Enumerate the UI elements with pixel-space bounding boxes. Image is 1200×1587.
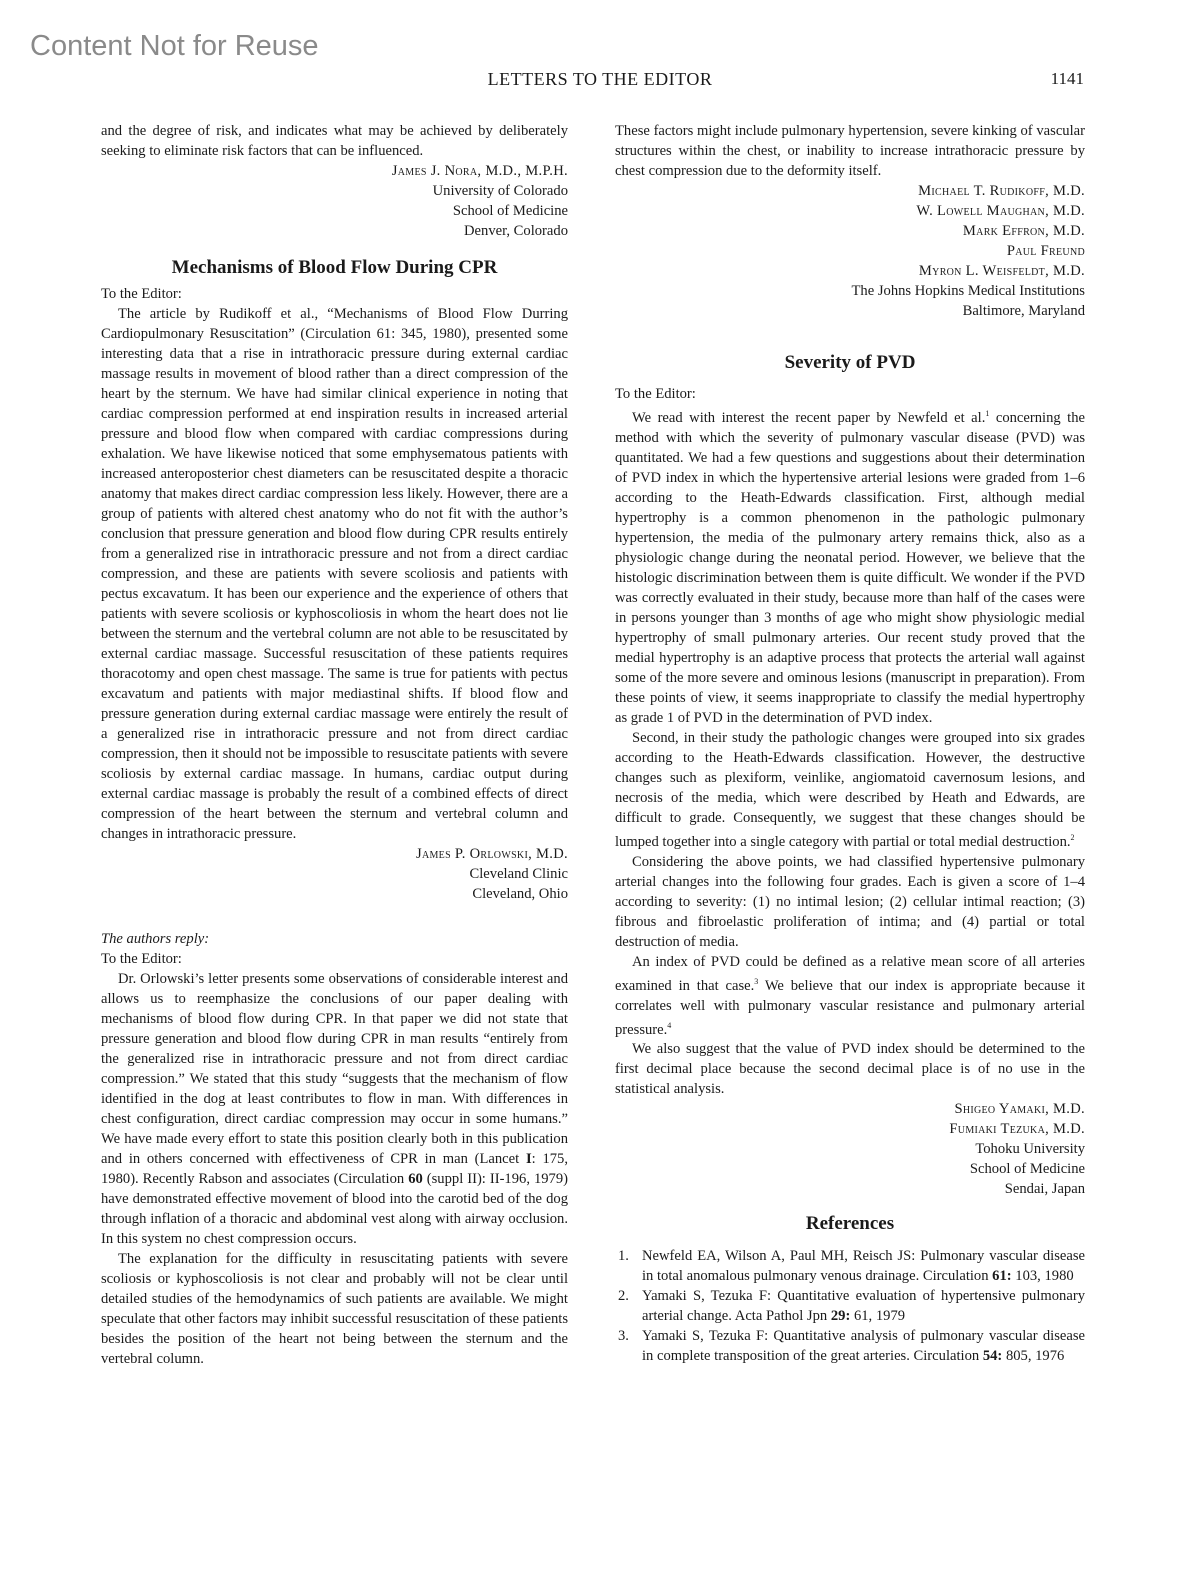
reference-text: 805, 1976 bbox=[1002, 1348, 1064, 1364]
authors-reply-label: The authors reply: bbox=[101, 929, 568, 949]
affiliation-line: The Johns Hopkins Medical Institutions bbox=[615, 281, 1085, 301]
left-column: and the degree of risk, and indicates wh… bbox=[101, 121, 568, 1369]
affiliation-line: Sendai, Japan bbox=[615, 1179, 1085, 1199]
cpr-letter-body: The article by Rudikoff et al., “Mechani… bbox=[101, 304, 568, 844]
signature-author: Mark Effron, M.D. bbox=[615, 221, 1085, 241]
reference-number: 3. bbox=[618, 1326, 629, 1346]
right-column: These factors might include pulmonary hy… bbox=[615, 121, 1085, 1366]
article-title-pvd: Severity of PVD bbox=[615, 351, 1085, 375]
pvd-paragraph-2: Second, in their study the pathologic ch… bbox=[615, 728, 1085, 852]
running-title: LETTERS TO THE EDITOR bbox=[0, 69, 1200, 90]
signature-orlowski: James P. Orlowski, M.D. bbox=[101, 844, 568, 864]
signature-author: W. Lowell Maughan, M.D. bbox=[615, 201, 1085, 221]
references-list: 1.Newfeld EA, Wilson A, Paul MH, Reisch … bbox=[615, 1246, 1085, 1366]
signature-author: Paul Freund bbox=[615, 241, 1085, 261]
reference-item: 1.Newfeld EA, Wilson A, Paul MH, Reisch … bbox=[615, 1246, 1085, 1286]
signature-author: Shigeo Yamaki, M.D. bbox=[615, 1099, 1085, 1119]
reference-number: 1. bbox=[618, 1246, 629, 1266]
affiliation-line: Cleveland Clinic bbox=[101, 864, 568, 884]
page-number: 1141 bbox=[1030, 69, 1084, 89]
reply-paragraph-2: The explanation for the difficulty in re… bbox=[101, 1249, 568, 1369]
continued-letter-text: and the degree of risk, and indicates wh… bbox=[101, 121, 568, 161]
pvd-paragraph-4: An index of PVD could be defined as a re… bbox=[615, 952, 1085, 1040]
reply-paragraph-1: Dr. Orlowski’s letter presents some obse… bbox=[101, 969, 568, 1249]
salutation: To the Editor: bbox=[101, 284, 568, 304]
reply-text: Dr. Orlowski’s letter presents some obse… bbox=[101, 971, 568, 1167]
affiliation-line: University of Colorado bbox=[101, 181, 568, 201]
affiliation-line: Tohoku University bbox=[615, 1139, 1085, 1159]
affiliation-line: School of Medicine bbox=[615, 1159, 1085, 1179]
article-title-cpr: Mechanisms of Blood Flow During CPR bbox=[101, 256, 568, 280]
affiliation-line: Cleveland, Ohio bbox=[101, 884, 568, 904]
salutation: To the Editor: bbox=[615, 384, 1085, 404]
references-title: References bbox=[615, 1212, 1085, 1236]
affiliation-line: School of Medicine bbox=[101, 201, 568, 221]
affiliation-line: Denver, Colorado bbox=[101, 221, 568, 241]
reply-continued-text: These factors might include pulmonary hy… bbox=[615, 121, 1085, 181]
signature-author: Myron L. Weisfeldt, M.D. bbox=[615, 261, 1085, 281]
watermark: Content Not for Reuse bbox=[30, 30, 319, 63]
volume-bold: 61: bbox=[992, 1268, 1011, 1284]
reference-number: 2. bbox=[618, 1286, 629, 1306]
volume-bold: 60 bbox=[408, 1171, 423, 1187]
volume-bold: 54: bbox=[983, 1348, 1002, 1364]
volume-bold: 29: bbox=[831, 1308, 850, 1324]
signature-nora: James J. Nora, M.D., M.P.H. bbox=[101, 161, 568, 181]
pvd-text: We read with interest the recent paper b… bbox=[632, 410, 985, 426]
salutation: To the Editor: bbox=[101, 949, 568, 969]
affiliation-line: Baltimore, Maryland bbox=[615, 301, 1085, 321]
pvd-paragraph-1: We read with interest the recent paper b… bbox=[615, 404, 1085, 728]
pvd-text: concern­ing the method with which the se… bbox=[615, 410, 1085, 726]
reference-text: 103, 1980 bbox=[1012, 1268, 1074, 1284]
pvd-paragraph-5: We also suggest that the value of PVD in… bbox=[615, 1039, 1085, 1099]
signature-author: Fumiaki Tezuka, M.D. bbox=[615, 1119, 1085, 1139]
reference-item: 3.Yamaki S, Tezuka F: Quantitative analy… bbox=[615, 1326, 1085, 1366]
cpr-letter-text: The article by Rudikoff et al., “Mechani… bbox=[101, 306, 568, 842]
reference-item: 2.Yamaki S, Tezuka F: Quantitative evalu… bbox=[615, 1286, 1085, 1326]
pvd-paragraph-3: Considering the above points, we had cla… bbox=[615, 852, 1085, 952]
reference-superscript: 4 bbox=[667, 1021, 671, 1030]
reference-text: 61, 1979 bbox=[850, 1308, 905, 1324]
reference-superscript: 2 bbox=[1071, 833, 1075, 842]
pvd-text: Second, in their study the pathologic ch… bbox=[615, 730, 1085, 850]
signature-author: Michael T. Rudikoff, M.D. bbox=[615, 181, 1085, 201]
